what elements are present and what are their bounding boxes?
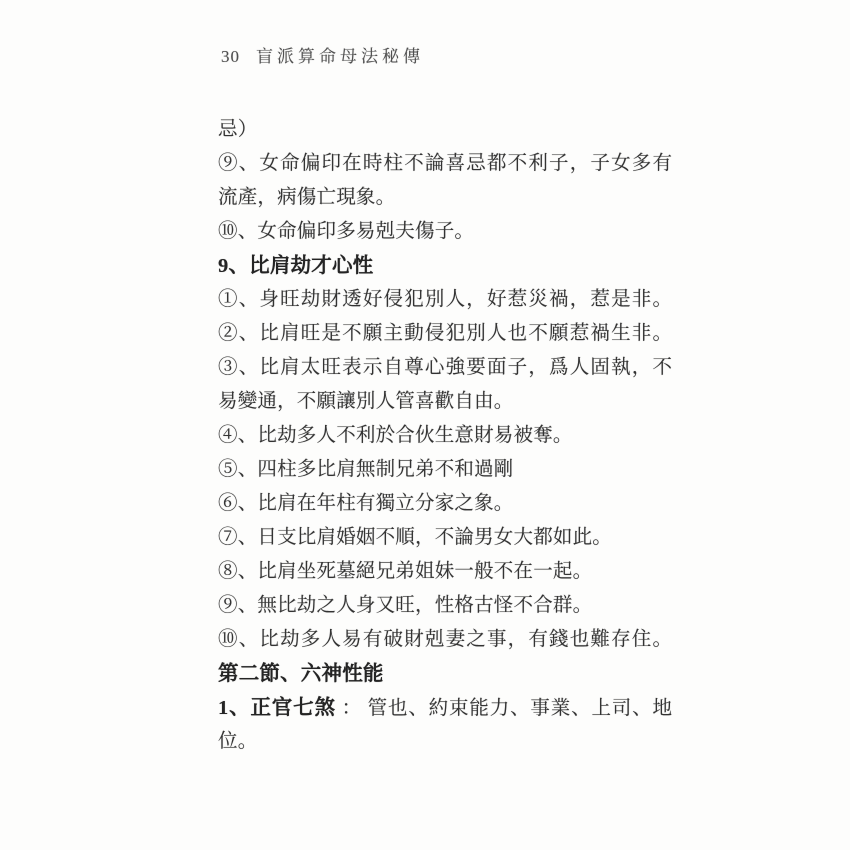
body-line-8: ③、比肩太旺表示自尊心強要面子，爲人固執，不 [218,351,672,385]
scanned-book-page: 30盲派算命母法秘傳 忌）⑨、女命偏印在時柱不論喜忌都不利子，子女多有流產，病傷… [0,0,850,850]
body-line-14: ⑧、比肩坐死墓絕兄弟姐妹一般不在一起。 [218,555,672,589]
body-line-17: 第二節、六神性能 [218,657,672,691]
body-line-7: ②、比肩旺是不願主動侵犯別人也不願惹禍生非。 [218,317,672,351]
body-line-18: 1、正官七煞 ： 管也、約束能力、事業、上司、地 [218,691,672,725]
body-line-18-bold-label: 1、正官七煞 [218,697,336,719]
body-line-16: ⑩、比劫多人易有破財剋妻之事，有錢也難存住。 [218,623,672,657]
body-line-11: ⑤、四柱多比肩無制兄弟不和過剛 [218,453,672,487]
body-line-6: ①、身旺劫財透好侵犯別人，好惹災禍，惹是非。 [218,283,672,317]
body-line-3: 流產，病傷亡現象。 [218,181,672,215]
body-line-4: ⑩、女命偏印多易剋夫傷子。 [218,215,672,249]
body-line-2: ⑨、女命偏印在時柱不論喜忌都不利子，子女多有 [218,147,672,181]
body-line-5-bold-label: 9、比肩劫才心性 [218,255,373,277]
body-line-9: 易變通，不願讓別人管喜歡自由。 [218,385,672,419]
book-title: 盲派算命母法秘傳 [256,44,424,70]
body-line-15: ⑨、無比劫之人身又旺，性格古怪不合群。 [218,589,672,623]
page-body: 忌）⑨、女命偏印在時柱不論喜忌都不利子，子女多有流產，病傷亡現象。⑩、女命偏印多… [218,113,672,759]
body-line-10: ④、比劫多人不利於合伙生意財易被奪。 [218,419,672,453]
page-header: 30盲派算命母法秘傳 [221,44,424,70]
body-line-5: 9、比肩劫才心性 [218,249,672,283]
body-line-13: ⑦、日支比肩婚姻不順，不論男女大都如此。 [218,521,672,555]
body-line-12: ⑥、比肩在年柱有獨立分家之象。 [218,487,672,521]
body-line-19: 位。 [218,725,672,759]
body-line-17-bold-label: 第二節、六神性能 [218,663,384,685]
body-line-1: 忌） [218,113,672,147]
page-number: 30 [221,44,240,70]
